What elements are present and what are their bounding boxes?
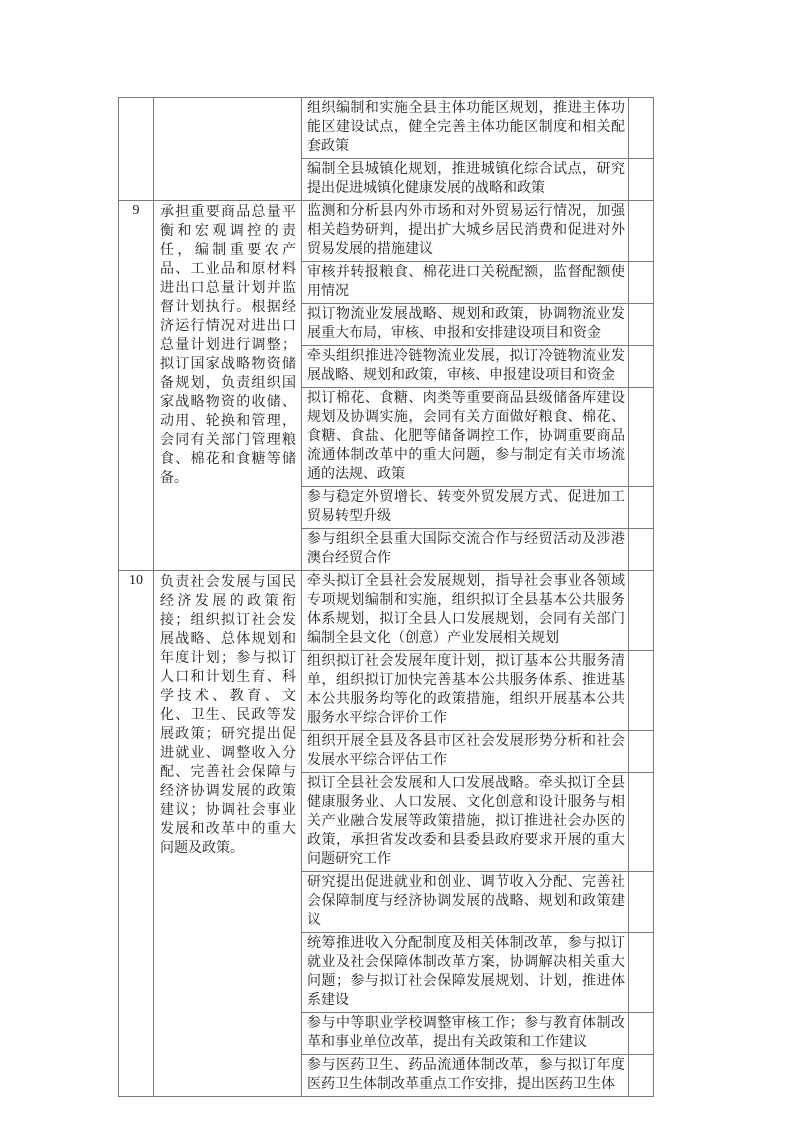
duties-table: 组织编制和实施全县主体功能区规划，推进主体功能区建设试点，健全完善主体功能区制度… <box>118 97 654 1097</box>
mark-cell <box>629 1055 654 1097</box>
task-cell: 研究提出促进就业和创业、调节收入分配、完善社会保障制度与经济协调发展的战略、规划… <box>302 872 629 933</box>
mark-cell <box>629 388 654 487</box>
task-cell: 牵头组织推进冷链物流业发展，拟订冷链物流业发展战略、规划和政策，审核、申报建设项… <box>302 346 629 388</box>
row-number-cell: 10 <box>119 571 154 1097</box>
table-row: 10 负责社会发展与国民经济发展的政策衔接；组织拟订社会发展战略、总体规划和年度… <box>119 571 654 651</box>
task-cell: 组织拟订社会发展年度计划，拟订基本公共服务清单，组织拟订加快完善基本公共服务体系… <box>302 651 629 731</box>
task-cell: 拟订棉花、食糖、肉类等重要商品县级储备库建设规划及协调实施，会同有关方面做好粮食… <box>302 388 629 487</box>
mark-cell <box>629 933 654 1013</box>
task-cell: 参与中等职业学校调整审核工作；参与教育体制改革和事业单位改革，提出有关政策和工作… <box>302 1013 629 1055</box>
mark-cell <box>629 529 654 571</box>
task-cell: 统筹推进收入分配制度及相关体制改革，参与拟订就业及社会保障体制改革方案，协调解决… <box>302 933 629 1013</box>
task-cell: 拟订物流业发展战略、规划和政策，协调物流业发展重大布局，审核、申报和安排建设项目… <box>302 304 629 346</box>
task-cell: 审核并转报粮食、棉花进口关税配额，监督配额使用情况 <box>302 262 629 304</box>
mark-cell <box>629 98 654 159</box>
table-row: 9 承担重要商品总量平衡和宏观调控的责任，编制重要农产品、工业品和原材料进出口总… <box>119 201 654 262</box>
mark-cell <box>629 487 654 529</box>
mark-cell <box>629 159 654 201</box>
document-page: 组织编制和实施全县主体功能区规划，推进主体功能区建设试点，健全完善主体功能区制度… <box>0 0 793 1122</box>
mark-cell <box>629 571 654 651</box>
task-cell: 组织开展全县及各县市区社会发展形势分析和社会发展水平综合评估工作 <box>302 731 629 773</box>
task-cell: 参与医药卫生、药品流通体制改革，参与拟订年度医药卫生体制改革重点工作安排，提出医… <box>302 1055 629 1097</box>
mark-cell <box>629 346 654 388</box>
table-row: 组织编制和实施全县主体功能区规划，推进主体功能区建设试点，健全完善主体功能区制度… <box>119 98 654 159</box>
task-cell: 参与组织全县重大国际交流合作与经贸活动及涉港澳台经贸合作 <box>302 529 629 571</box>
mark-cell <box>629 262 654 304</box>
mark-cell <box>629 872 654 933</box>
task-cell: 参与稳定外贸增长、转变外贸发展方式、促进加工贸易转型升级 <box>302 487 629 529</box>
row-number-cell <box>119 98 154 201</box>
duty-cell: 承担重要商品总量平衡和宏观调控的责任，编制重要农产品、工业品和原材料进出口总量计… <box>154 201 302 571</box>
mark-cell <box>629 731 654 773</box>
duty-cell: 负责社会发展与国民经济发展的政策衔接；组织拟订社会发展战略、总体规划和年度计划；… <box>154 571 302 1097</box>
task-cell: 编制全县城镇化规划，推进城镇化综合试点，研究提出促进城镇化健康发展的战略和政策 <box>302 159 629 201</box>
task-cell: 牵头拟订全县社会发展规划，指导社会事业各领域专项规划编制和实施，组织拟订全县基本… <box>302 571 629 651</box>
task-cell: 拟订全县社会发展和人口发展战略。牵头拟订全县健康服务业、人口发展、文化创意和设计… <box>302 773 629 872</box>
mark-cell <box>629 1013 654 1055</box>
mark-cell <box>629 651 654 731</box>
duty-cell <box>154 98 302 201</box>
mark-cell <box>629 201 654 262</box>
task-cell: 监测和分析县内外市场和对外贸易运行情况，加强相关趋势研判，提出扩大城乡居民消费和… <box>302 201 629 262</box>
mark-cell <box>629 304 654 346</box>
row-number-cell: 9 <box>119 201 154 571</box>
task-cell: 组织编制和实施全县主体功能区规划，推进主体功能区建设试点，健全完善主体功能区制度… <box>302 98 629 159</box>
mark-cell <box>629 773 654 872</box>
